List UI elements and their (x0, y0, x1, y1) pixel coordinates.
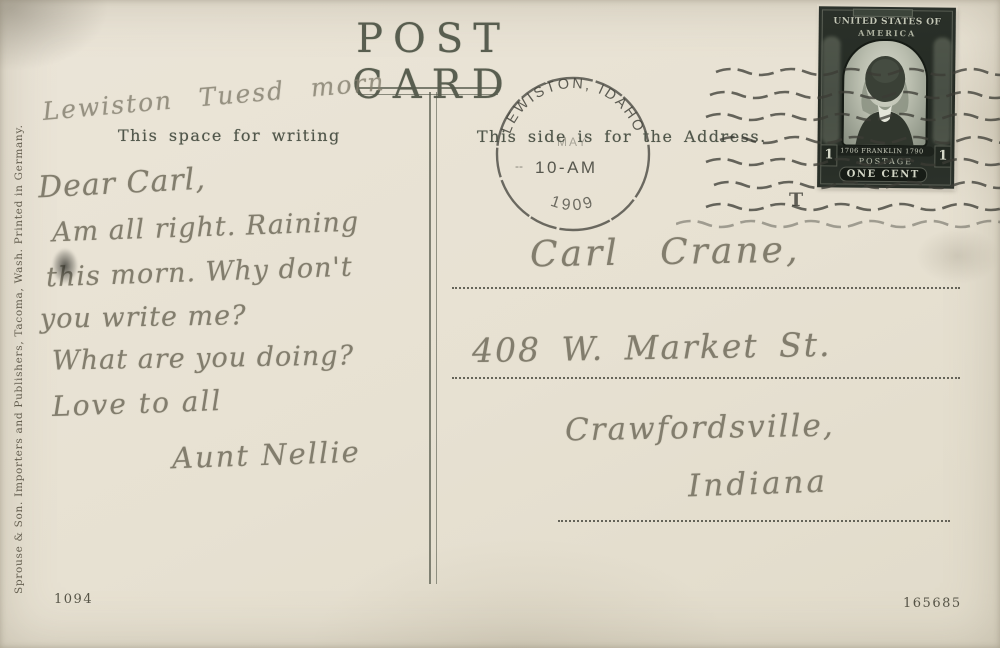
handwritten-message-line: Love to all (51, 384, 222, 423)
handwritten-message-line: this morn. Why don't (46, 252, 354, 294)
address-city: Crawfordsville, (565, 408, 835, 449)
address-line-2-rule (452, 375, 960, 379)
divider-vertical-rule (429, 92, 437, 584)
address-state: Indiana (687, 464, 828, 505)
card-number: 1094 (54, 592, 93, 607)
postmark-year: 1909 (548, 193, 597, 214)
handwritten-signature: Aunt Nellie (171, 435, 361, 476)
address-street: 408 W. Market St. (472, 325, 832, 370)
address-line-1-rule (452, 285, 960, 289)
publisher-imprint: Sprouse & Son. Importers and Publishers,… (13, 4, 25, 594)
handwritten-message-line: you write me? (40, 300, 247, 335)
handwritten-message-line: What are you doing? (52, 340, 355, 376)
handwritten-message-line: Am all right. Raining (52, 207, 360, 249)
postmark-time-prefix: -- (515, 159, 523, 173)
cancel-t-mark: T (789, 189, 803, 211)
handwritten-dateline: Lewiston Tuesd morn (41, 67, 386, 126)
svg-text:1909: 1909 (548, 193, 597, 214)
postmark-time: 10-AM (535, 158, 598, 177)
serial-number: 165685 (903, 596, 962, 611)
postmark-circle: LEWISTON, IDAHO MAY -- 10-AM 1909 (487, 66, 659, 238)
address-line-3-rule (558, 518, 950, 522)
postcard-back: POST CARD This space for writing This si… (0, 0, 1000, 648)
stamp-country-text: UNITED STATES OF (819, 16, 956, 27)
cancellation-wavy-lines (676, 58, 1000, 238)
stamp-country-text-2: AMERICA (819, 27, 956, 38)
writing-side-label: This space for writing (118, 126, 341, 145)
handwritten-salutation: Dear Carl, (37, 162, 206, 206)
